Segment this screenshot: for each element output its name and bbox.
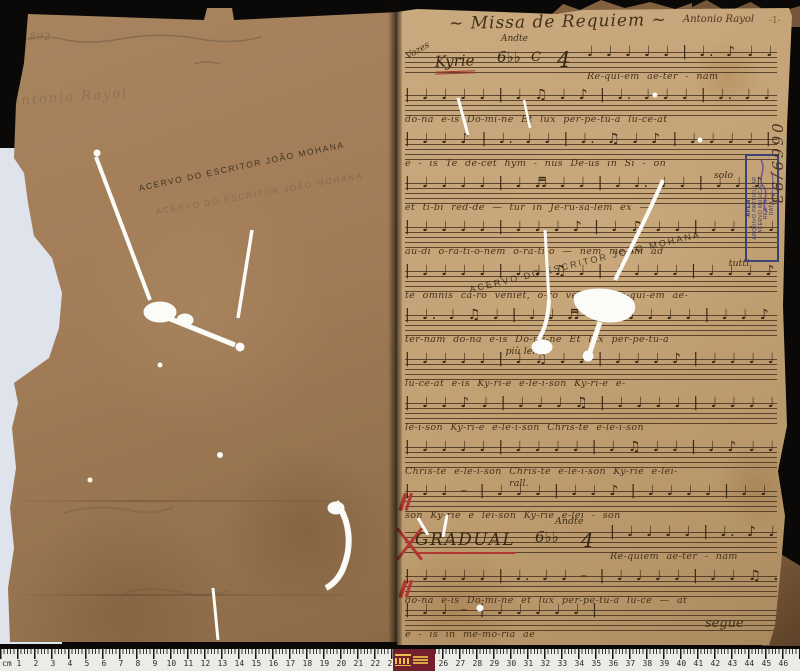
lyrics-line: ter-nam do-na e-is Do-mi-ne Et lux per-p… xyxy=(405,334,777,345)
ruler-number: 13 xyxy=(218,659,228,668)
notes-row: | ♩. ♩ ♫ ♩ | ♩ ♩ ♬ ♩ | ♩ ♩ ♩ ♩ | ♩ ♩ ♪ ♩… xyxy=(405,307,777,331)
staff-system: GRADUAL Andte 6♭♭ 4 | ♩ ♩ ♩ ♩ | ♩. ♪ ♩ ♩… xyxy=(405,532,777,568)
ruler-number: 28 xyxy=(473,659,483,668)
ruler-number: 43 xyxy=(728,659,738,668)
notes-row: | ♩ ♩ ♩ ♩ | ♩ ♩ ♫ ♩ | ♩ ♩ ♩ ♩ | ♩ ♩ ♩ ♪ … xyxy=(405,263,777,287)
ruler-number: 1 xyxy=(17,659,22,668)
lyrics-line: lu-ce-at e-is Ky-ri-e e-le-i-son Ky-ri-e… xyxy=(405,378,777,389)
notes-row: | ♩ ♩ ♩ ♩ | ♩ ♬ ♩ ♩ | ♩ ♩. ♩ ♩ | ♩ ♩ ♪ ♩… xyxy=(405,175,777,199)
staff-system: più lento | ♩ ♩ ♩ ♩ | ♩ ♫ ♩ ♩ | ♩ ♩ ♩ ♪ … xyxy=(405,359,777,395)
lyrics-line: te omnis ca-ro veniet, o-ro ve-ni-et Re-… xyxy=(405,290,777,301)
ruler-number: 8 xyxy=(136,659,141,668)
ruler-number: 26 xyxy=(439,659,449,668)
ruler-number: 39 xyxy=(660,659,670,668)
lyrics-line: e - is Te de-cet hym - nus De-us in Si -… xyxy=(405,158,777,169)
archive-logo xyxy=(393,649,435,671)
ruler-number: 7 xyxy=(119,659,124,668)
staff-system: | ♩. ♩ ♫ ♩ | ♩ ♩ ♬ ♩ | ♩ ♩ ♩ ♩ | ♩ ♩ ♪ ♩… xyxy=(405,315,777,351)
staff-system: Kyrie Andte 6♭♭ C 4 ♩ ♩ ♩ ♩ ♩ | ♩. ♪ ♩ ♩… xyxy=(405,52,777,88)
ruler-number: 45 xyxy=(762,659,772,668)
staff-system: solo | ♩ ♩ ♩ ♩ | ♩ ♬ ♩ ♩ | ♩ ♩. ♩ ♩ | ♩ … xyxy=(405,183,777,219)
staff-system: | ♩ ♩ ♩ ♩ | ♩ ♫ ♩ ♪ | ♩. ♩ ♩ ♩ | ♩. ♩ ♩ … xyxy=(405,95,777,131)
ruler-number: 40 xyxy=(677,659,687,668)
staff-system: rall. | ♩ ♩ – | ♩ ♩ ♩ | ♩ ♩ ♪ | ♩ ♩ ♩ ♩ … xyxy=(405,491,777,527)
notes-row: | ♩ ♩ ♩ ♩ | ♩. ♩ ♩ – | ♩ ♩ ♩ ♩ | ♩ ♩ ♫ ♩… xyxy=(405,568,777,592)
ruler-number: 19 xyxy=(320,659,330,668)
ruler-number: 14 xyxy=(235,659,245,668)
segue-annotation: segue xyxy=(705,616,744,631)
archival-scan: 1892 Antonio Rayol ACERVO DO ESCRITOR JO… xyxy=(0,0,800,671)
ruler-number: 15 xyxy=(252,659,262,668)
ruler-number: 35 xyxy=(592,659,602,668)
ruler-number: 9 xyxy=(153,659,158,668)
ruler-number: 17 xyxy=(286,659,296,668)
ruler-number: cm xyxy=(2,659,12,668)
ruler-number: 46 xyxy=(779,659,789,668)
music-manuscript-page: ~ Missa de Requiem ~ Antonio Rayol -1- V… xyxy=(397,6,792,645)
ruler-number: 22 xyxy=(371,659,381,668)
ruler-number: 32 xyxy=(541,659,551,668)
lyrics-line: Re-quiem ae-ter - nam xyxy=(405,551,800,562)
ruler-number: 4 xyxy=(68,659,73,668)
ruler-number: 38 xyxy=(643,659,653,668)
notes-row: | ♩ ♩ ♪ ♩ | ♩ ♩ ♩ ♫ | ♩ ♩ ♩ ♩ | ♩ ♩ ♩ ♩ … xyxy=(405,395,777,419)
ruler-number: 5 xyxy=(85,659,90,668)
lyrics-line: et ti-bi red-de — tur in Je-ru-sa-lem ex… xyxy=(405,202,777,213)
notes-row: | ♩ ♩ ♩ ♩ | ♩ ♫ ♩ ♪ | ♩. ♩ ♩ ♩ | ♩. ♩ ♩ … xyxy=(405,87,777,111)
building-icon xyxy=(395,654,411,666)
page-gutter-shadow xyxy=(388,4,402,645)
ruler-number: 31 xyxy=(524,659,534,668)
notes-row: | ♩ ♩ ♩ ♩ | ♩ ♫ ♩ ♩ | ♩ ♩ ♩ ♪ | ♩ ♩ ♩ ♩ … xyxy=(405,351,777,375)
ruler-number: 34 xyxy=(575,659,585,668)
ruler-number: 36 xyxy=(609,659,619,668)
staff-system: | ♩ ♩ – | ♩ ♩ ♩ ♩ ♩ | e - is in me-mo-ri… xyxy=(405,610,777,646)
ruler-number: 37 xyxy=(626,659,636,668)
lyrics-line: le-i-son Ky-ri-e e-le-i-son Chris-te e-l… xyxy=(405,422,777,433)
lyrics-line: Re-qui-em ae-ter - nam xyxy=(405,71,800,82)
tempo-marking: Andte xyxy=(501,34,528,44)
ruler-number: 6 xyxy=(102,659,107,668)
left-cover-page: 1892 Antonio Rayol ACERVO DO ESCRITOR JO… xyxy=(4,8,398,644)
ruler-number: 27 xyxy=(456,659,466,668)
logo-text-lines xyxy=(413,656,428,664)
lyrics-line: son Ky-rie e lei-son Ky-rie e-lei - son xyxy=(405,510,777,521)
lyrics-line: do-na e-is Do-mi-ne Et lux per-pe-tu-a l… xyxy=(405,114,777,125)
ruler-number: 41 xyxy=(694,659,704,668)
staff-system: tutti | ♩ ♩ ♩ ♩ | ♩ ♩ ♫ ♩ | ♩ ♩ ♩ ♩ | ♩ … xyxy=(405,271,777,307)
notes-row: | ♩ ♩ – | ♩ ♩ ♩ | ♩ ♩ ♪ | ♩ ♩ ♩ ♩ | ♩ ♩ … xyxy=(405,483,777,507)
catalog-number: 0669/93 xyxy=(768,80,786,250)
staff-system: | ♩ ♩ ♩ ♩ | ♩ ♩ ♩ ♩ | ♩ ♫ ♩ ♩ | ♩ ♪ ♩ ♩ … xyxy=(405,447,777,483)
ruler-number: 44 xyxy=(745,659,755,668)
ruler-number: 33 xyxy=(558,659,568,668)
ruler-number: 16 xyxy=(269,659,279,668)
ruler-number: 42 xyxy=(711,659,721,668)
ruler-number: 11 xyxy=(184,659,194,668)
ruler-number: 3 xyxy=(51,659,56,668)
ruler-number: 18 xyxy=(303,659,313,668)
ruler-number: 30 xyxy=(507,659,517,668)
ruler-number: 12 xyxy=(201,659,211,668)
notes-row: ♩ ♩ ♩ ♩ ♩ | ♩. ♪ ♩ ♩ xyxy=(405,44,800,68)
staff-system: | ♩ ♩ ♪ ♩ | ♩ ♩ ♩ ♫ | ♩ ♩ ♩ ♩ | ♩ ♩ ♩ ♩ … xyxy=(405,403,777,439)
notes-row: | ♩ ♩ ♩ ♩ | ♩. ♪ ♩ ♩ | xyxy=(405,524,800,548)
faded-pencil-squiggles xyxy=(4,8,398,644)
ruler-number: 2 xyxy=(34,659,39,668)
notes-row: | ♩ ♩ ♩ ♩ | ♩ ♩ ♩ ♩ | ♩ ♫ ♩ ♩ | ♩ ♪ ♩ ♩ … xyxy=(405,439,777,463)
ruler-number: 29 xyxy=(490,659,500,668)
ruler-number: 20 xyxy=(337,659,347,668)
lyrics-line: Chris-te e-le-i-son Chris-te e-le-i-son … xyxy=(405,466,777,477)
notes-row: | ♩ ♩ ♪ | ♩. ♩ ♩ | ♩. ♫ ♩ ♪ | ♩ ♩ ♩ ♩ | … xyxy=(405,131,777,155)
ruler-number: 21 xyxy=(354,659,364,668)
page-number: -1- xyxy=(769,16,781,26)
ruler-number: 10 xyxy=(167,659,177,668)
composer-name: Antonio Rayol xyxy=(683,14,754,25)
